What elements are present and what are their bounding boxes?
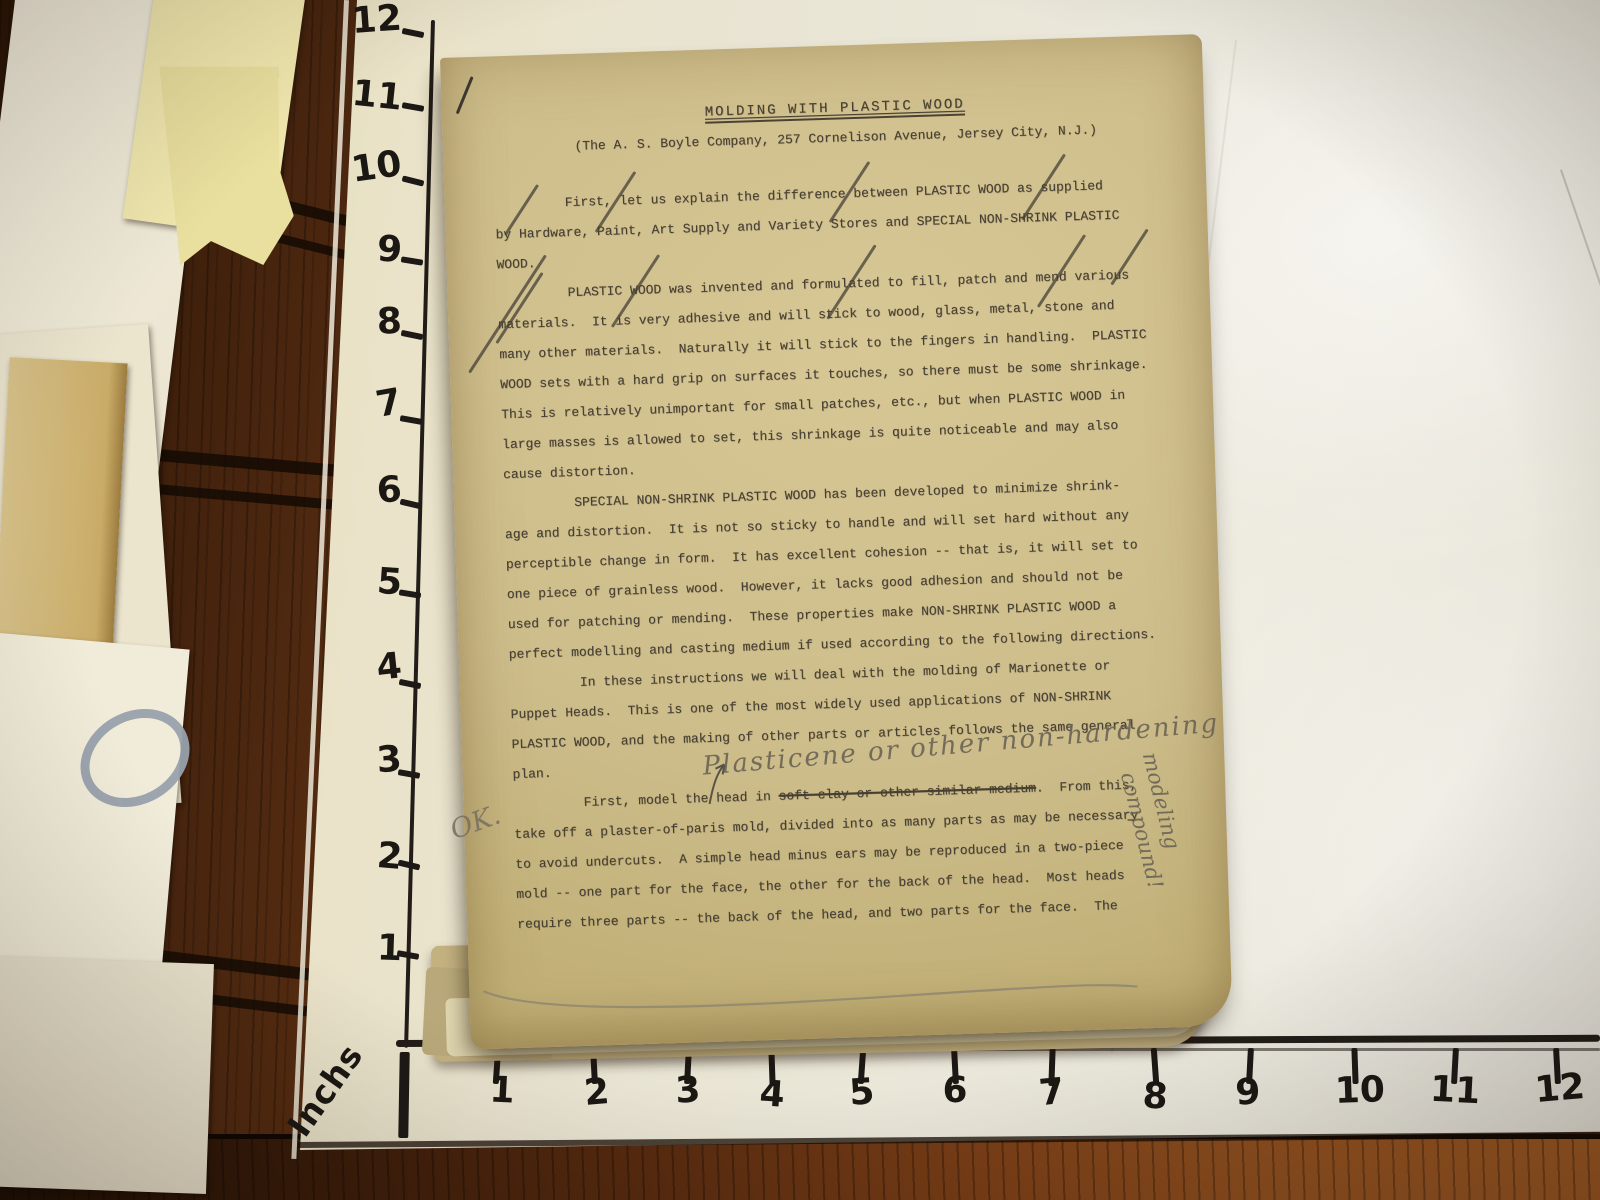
ruler-left-number: 8 (329, 301, 403, 349)
insertion-caret (700, 761, 735, 806)
ruler-bottom-number: 11 (1424, 1068, 1486, 1117)
ruler-left-number: 4 (328, 645, 404, 698)
paragraph-3: SPECIAL NON-SHRINK PLASTIC WOOD has been… (504, 469, 1195, 670)
ruler-left-number: 3 (328, 739, 403, 790)
strikethrough-text: soft clay or other similar medium (778, 781, 1036, 804)
paragraph-5-pre: First, model the head in (513, 789, 779, 812)
stacked-paper-sheet (0, 956, 214, 1194)
ruler-corner-tick (398, 1052, 409, 1138)
ruler-bottom-number: 12 (1528, 1065, 1592, 1116)
ruler-left-number: 9 (329, 226, 403, 276)
ruler-bottom-number: 4 (740, 1072, 803, 1122)
ruler-bottom-number: 3 (657, 1068, 719, 1117)
ruler-bottom-number: 2 (565, 1069, 629, 1120)
ruler-left-number: 6 (329, 469, 403, 519)
ruler-bottom-number: 8 (1123, 1074, 1186, 1124)
ruler-left-number: 11 (328, 70, 404, 123)
typed-document-page: MOLDING WITH PLASTIC WOOD (The A. S. Boy… (440, 34, 1233, 1049)
ruler-left-number: 1 (329, 926, 403, 974)
document-content: MOLDING WITH PLASTIC WOOD (The A. S. Boy… (440, 34, 1233, 1049)
document-title: MOLDING WITH PLASTIC WOOD (705, 97, 966, 124)
ruler-bottom-number: 7 (1020, 1069, 1084, 1121)
ruler-bottom-number: 1 (471, 1068, 533, 1117)
ruler-left-number: 5 (328, 558, 403, 609)
ruler-bottom-number: 10 (1329, 1069, 1391, 1117)
photo-of-typed-document-on-table: 12 11 10 9 8 7 6 5 4 3 2 1 1 2 3 4 5 6 7… (0, 0, 1600, 1200)
ruler-left-number: 2 (328, 831, 404, 883)
torn-yellow-paper (159, 54, 298, 273)
ruler-left-number: 12 (328, 0, 403, 48)
ruler-bottom-number: 5 (830, 1070, 893, 1120)
ruler-bottom-number: 6 (924, 1069, 986, 1117)
paragraph-5: First, model the head in soft clay or ot… (513, 769, 1203, 940)
ruler-bottom-number: 9 (1217, 1070, 1279, 1119)
